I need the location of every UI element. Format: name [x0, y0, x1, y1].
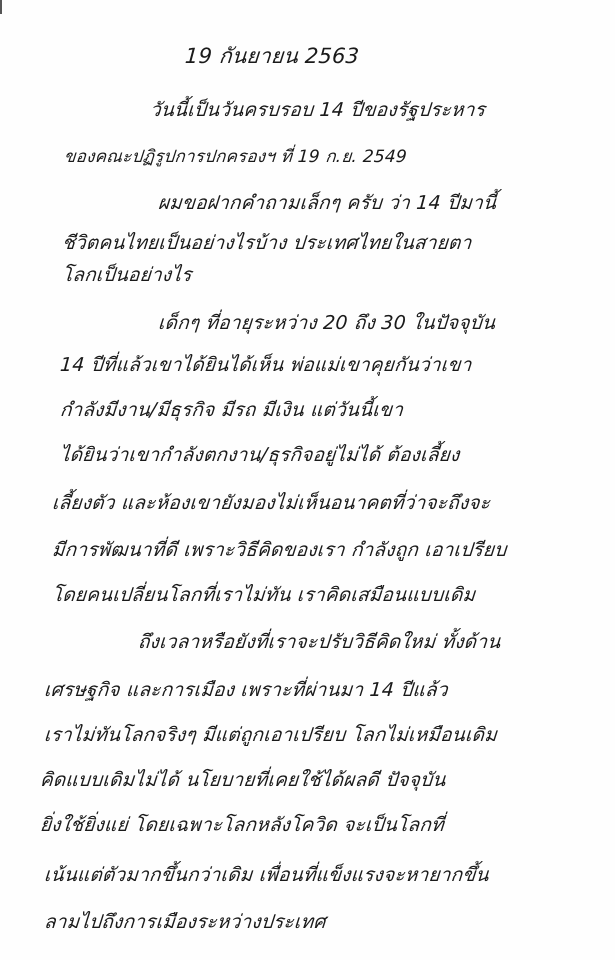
- letter-line: เด็กๆ ที่อายุระหว่าง 20 ถึง 30 ในปัจจุบั…: [157, 308, 496, 338]
- letter-line: เน้นแต่ตัวมากขึ้นกว่าเดิม เพื่อนที่แข็งแ…: [43, 860, 490, 890]
- letter-line: ลามไปถึงการเมืองระหว่างประเทศ: [43, 907, 327, 937]
- letter-line: โดยคนเปลี่ยนโลกที่เราไม่ทัน เราคิดเสมือน…: [51, 580, 476, 610]
- letter-line: เลี้ยงตัว และห้องเขายังมองไม่เห็นอนาคตที…: [51, 488, 491, 518]
- letter-line: มีการพัฒนาที่ดี เพราะวิธีคิดของเรา กำลัง…: [51, 535, 508, 565]
- letter-line: ชีวิตคนไทยเป็นอย่างไรบ้าง ประเทศไทยในสาย…: [61, 228, 473, 258]
- letter-line: ผมขอฝากคำถามเล็กๆ ครับ ว่า 14 ปีมานี้: [157, 188, 497, 218]
- letter-line: ได้ยินว่าเขากำลังตกงาน/ธุรกิจอยู่ไม่ได้ …: [59, 440, 461, 470]
- letter-page: 19 กันยายน 2563 วันนี้เป็นวันครบรอบ 14 ป…: [0, 0, 615, 960]
- letter-line: 14 ปีที่แล้วเขาได้ยินได้เห็น พ่อแม่เขาคุ…: [59, 350, 473, 380]
- letter-line: ของคณะปฏิรูปการปกครองฯ ที่ 19 ก.ย. 2549: [63, 143, 408, 170]
- scan-edge-mark: [0, 0, 2, 14]
- letter-line: เราไม่ทันโลกจริงๆ มีแต่ถูกเอาเปรียบ โลกไ…: [43, 720, 498, 750]
- letter-line: ถึงเวลาหรือยังที่เราจะปรับวิธีคิดใหม่ ทั…: [137, 627, 502, 657]
- letter-line: เศรษฐกิจ และการเมือง เพราะที่ผ่านมา 14 ป…: [43, 675, 449, 705]
- letter-date: 19 กันยายน 2563: [184, 40, 360, 73]
- letter-line: คิดแบบเดิมไม่ได้ นโยบายที่เคยใช้ได้ผลดี …: [39, 765, 447, 795]
- letter-line: ยิ่งใช้ยิ่งแย่ โดยเฉพาะโลกหลังโควิด จะเป…: [39, 810, 445, 840]
- letter-line: กำลังมีงาน/มีธุรกิจ มีรถ มีเงิน แต่วันนี…: [59, 395, 404, 425]
- letter-line: โลกเป็นอย่างไร: [61, 260, 193, 290]
- letter-heading: วันนี้เป็นวันครบรอบ 14 ปีของรัฐประหาร: [149, 95, 486, 125]
